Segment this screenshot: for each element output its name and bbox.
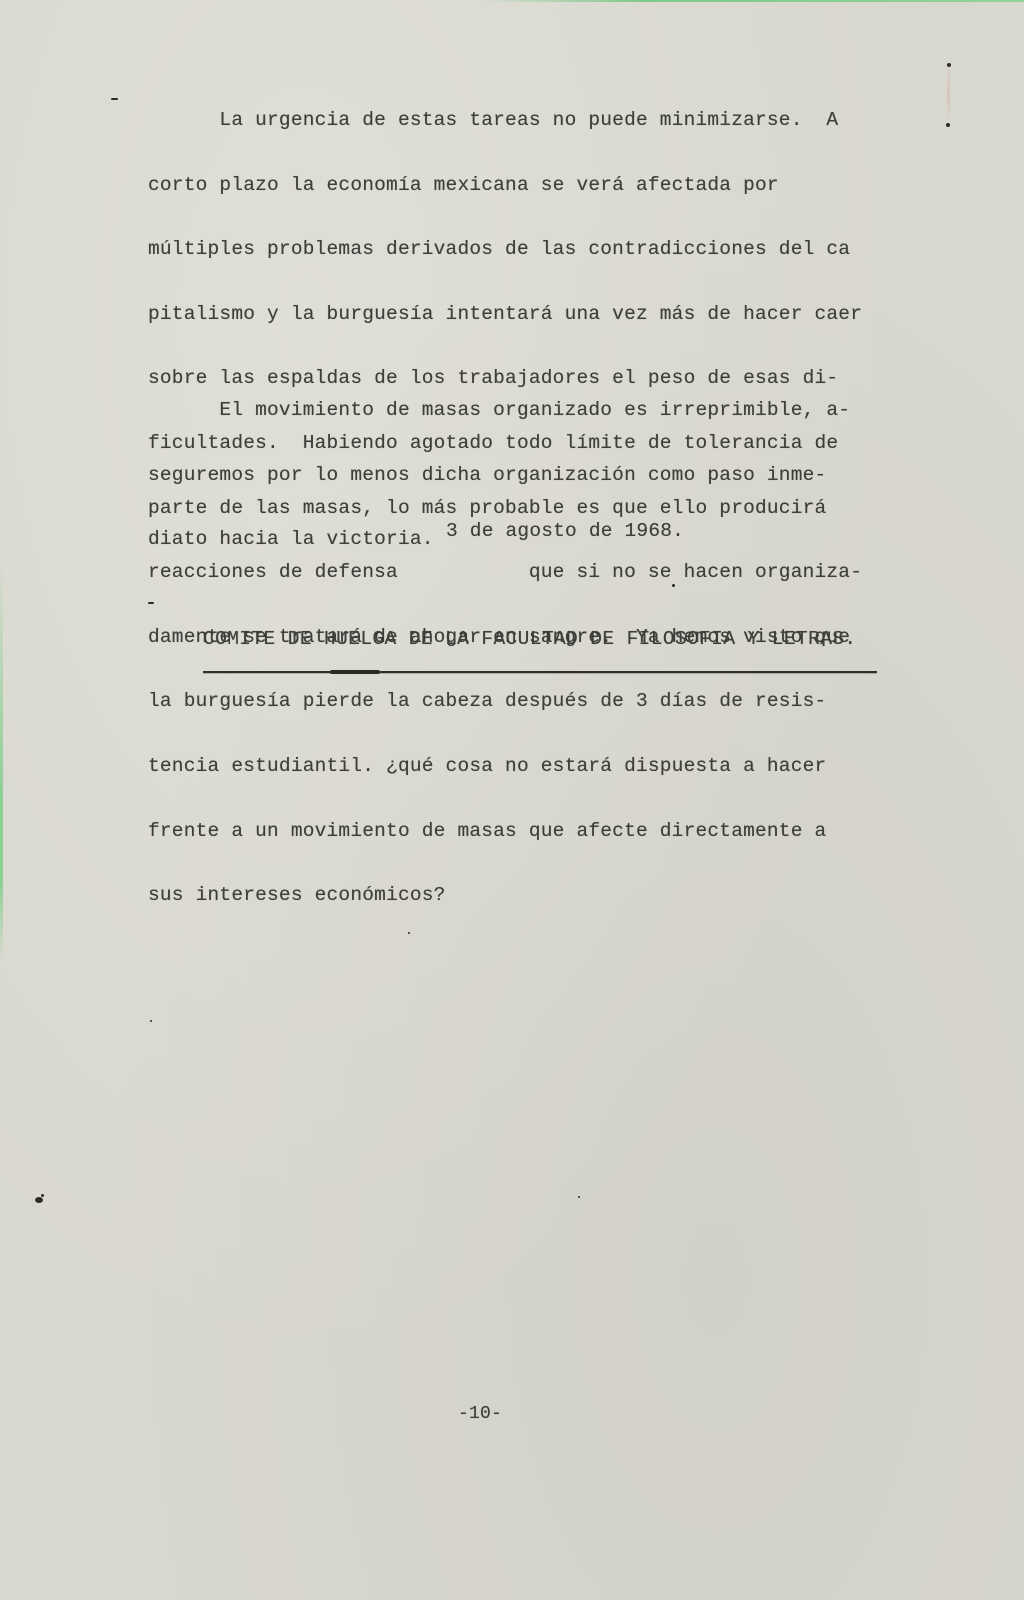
paper-tear-mark [947, 62, 950, 124]
text-line: El movimiento de masas organizado es irr… [148, 400, 850, 421]
document-page: La urgencia de estas tareas no puede min… [0, 0, 1024, 1600]
paper-speck [111, 98, 118, 100]
page-number: -10- [458, 1404, 502, 1424]
paper-speck [150, 1020, 152, 1022]
text-line: múltiples problemas derivados de las con… [148, 239, 862, 260]
signature-underline [203, 671, 877, 673]
scan-edge-top [480, 0, 1024, 2]
paper-speck [578, 1196, 580, 1198]
signature-line: COMITE DE HUELGA DE LA FACULTAD DE FILOS… [203, 628, 857, 650]
text-line: la burguesía pierde la cabeza después de… [148, 691, 862, 712]
text-line: pitalismo y la burguesía intentará una v… [148, 304, 862, 325]
paper-speck [408, 932, 410, 934]
text-line: tencia estudiantil. ¿qué cosa no estará … [148, 756, 862, 777]
text-line: seguremos por lo menos dicha organizació… [148, 465, 850, 486]
paper-speck [672, 584, 675, 587]
document-date: 3 de agosto de 1968. [446, 520, 684, 542]
text-line: corto plazo la economía mexicana se verá… [148, 175, 862, 196]
paper-speck [35, 1197, 43, 1203]
body-paragraph-2: El movimiento de masas organizado es irr… [148, 356, 850, 594]
scan-edge-left [0, 0, 3, 1600]
paper-speck [41, 1194, 44, 1197]
paper-speck [946, 123, 950, 127]
paper-speck [148, 602, 154, 604]
paper-speck [947, 63, 951, 67]
ink-blot [330, 670, 380, 674]
text-line: La urgencia de estas tareas no puede min… [148, 110, 862, 131]
text-line: frente a un movimiento de masas que afec… [148, 821, 862, 842]
text-line: sus intereses económicos? [148, 885, 862, 906]
